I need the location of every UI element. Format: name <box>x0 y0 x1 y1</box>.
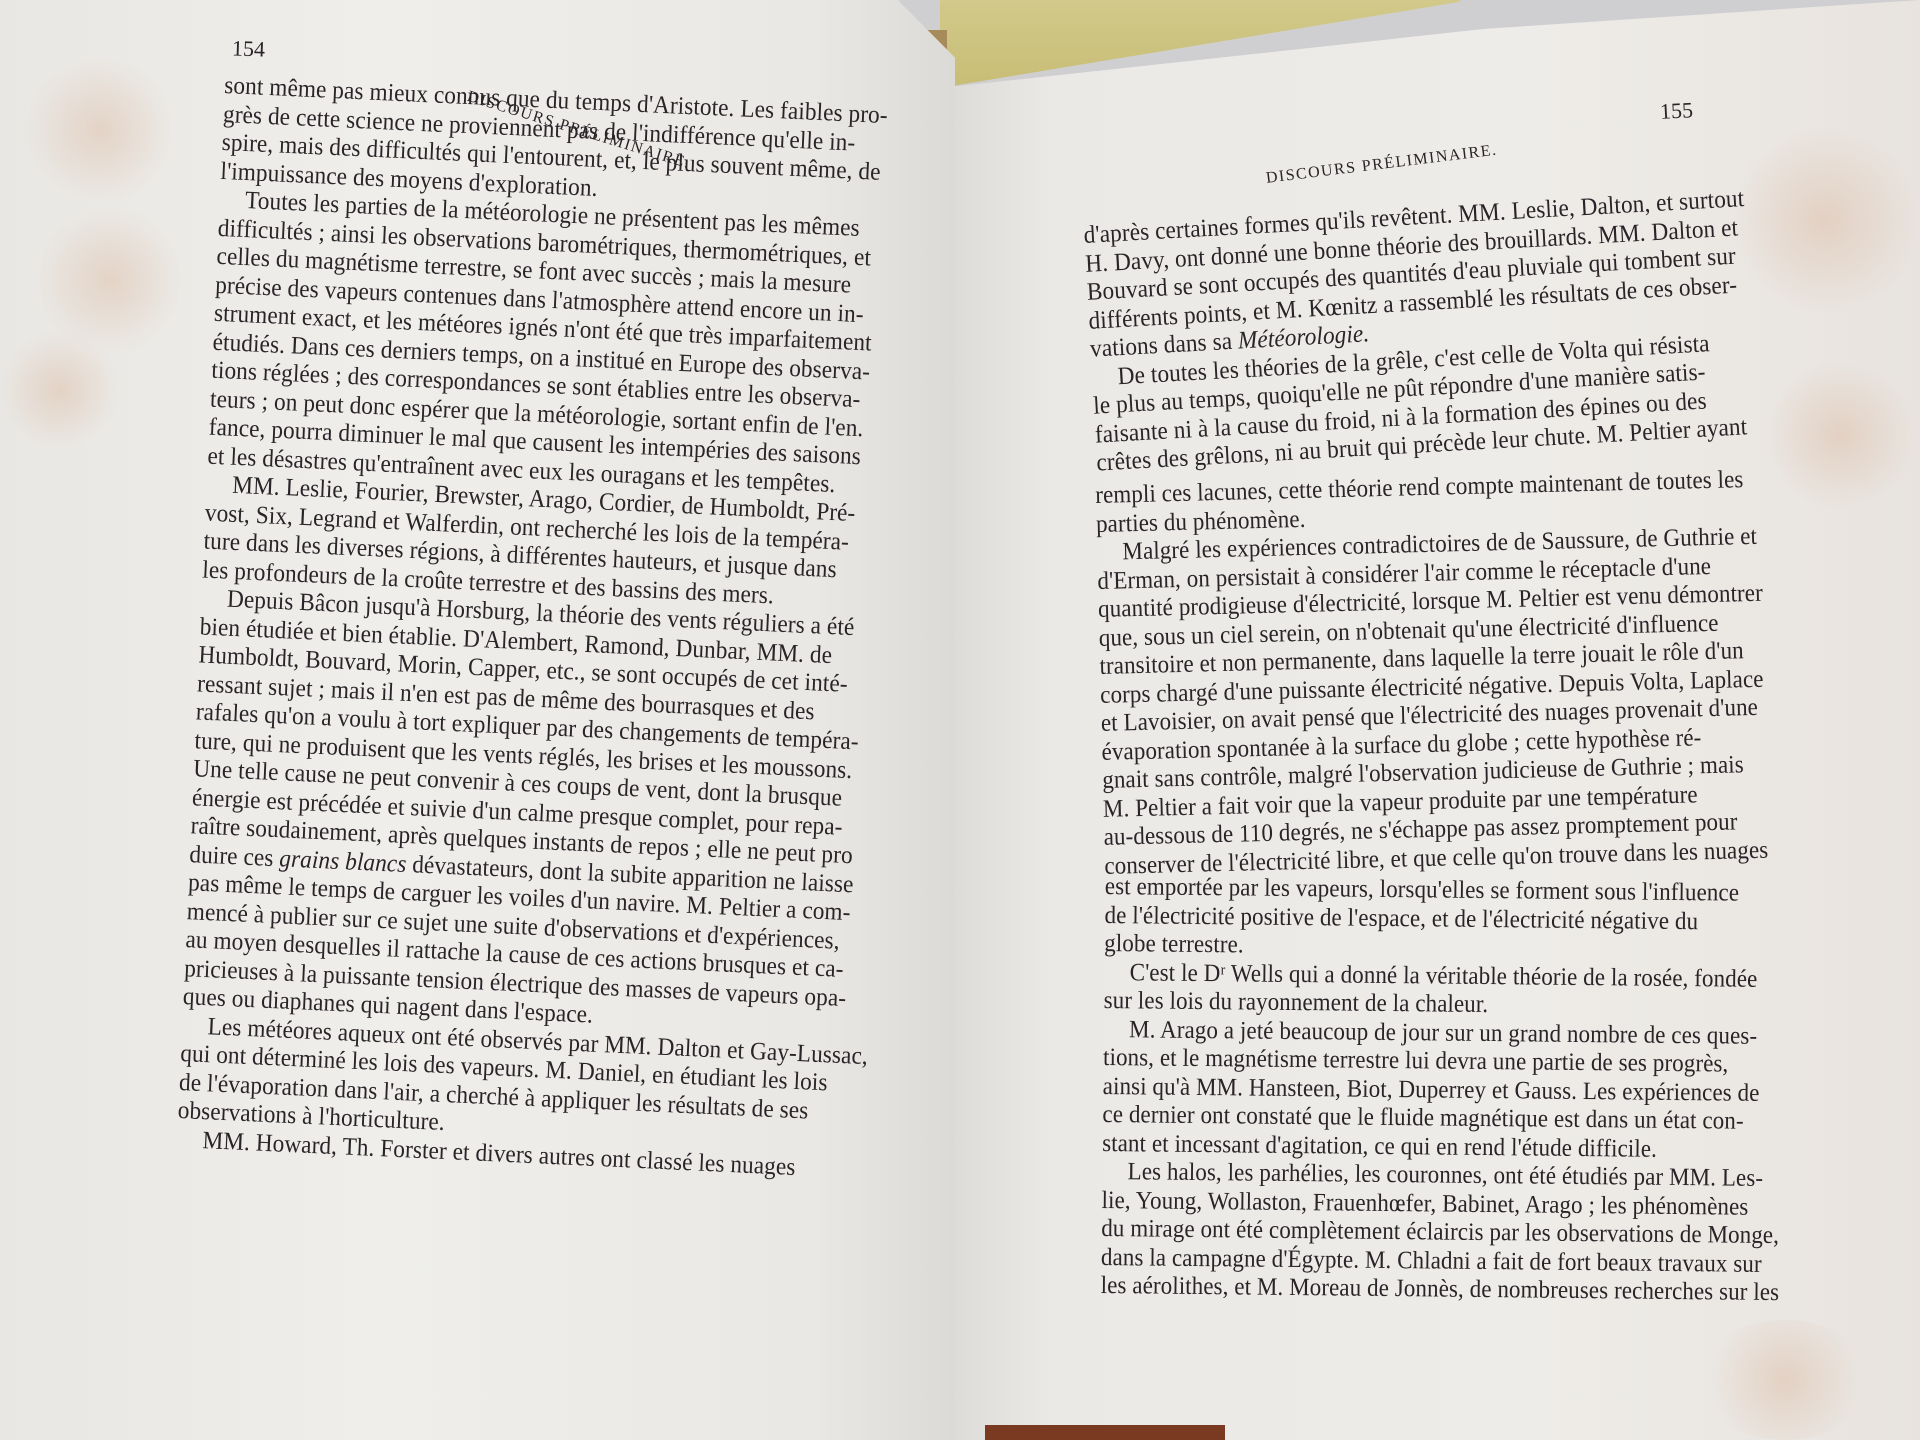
page-number-left: 154 <box>232 35 266 62</box>
right-page-body-bottom: est emportée par les vapeurs, lorsqu'ell… <box>1101 873 1784 1308</box>
right-page-body-middle: rempli ces lacunes, cette théorie rend c… <box>1095 466 1769 881</box>
right-page-body-top: d'après certaines formes qu'ils revêtent… <box>1083 185 1758 478</box>
foxing-stain <box>1695 1320 1875 1440</box>
page-number-right: 155 <box>1659 97 1693 125</box>
foxing-stain <box>0 330 120 450</box>
italic-phrase: grains blancs <box>279 845 407 878</box>
spine-bottom <box>985 1425 1225 1440</box>
foxing-stain <box>1765 360 1915 510</box>
foxing-stain <box>1735 120 1915 320</box>
left-page-body: sont même pas mieux connus que du temps … <box>176 72 911 1185</box>
foxing-stain <box>20 60 180 200</box>
